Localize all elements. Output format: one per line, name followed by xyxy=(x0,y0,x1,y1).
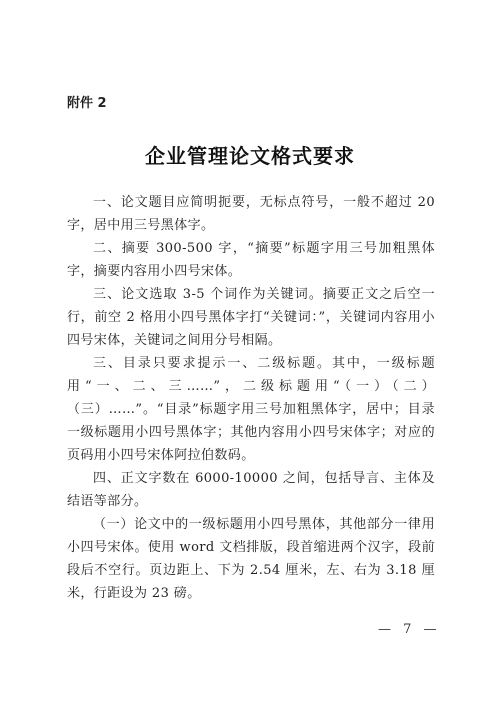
document-title: 企业管理论文格式要求 xyxy=(0,140,500,169)
paragraph-title-rule: 一、论文题目应简明扼要，无标点符号，一般不超过 20 字，居中用三号黑体字。 xyxy=(67,191,435,237)
paragraph-abstract-rule: 二、摘要 300-500 字，“摘要”标题字用三号加粗黑体字，摘要内容用小四号宋… xyxy=(67,237,435,283)
page-number: — 7 — xyxy=(378,622,441,637)
attachment-label: 附件 2 xyxy=(67,92,107,111)
document-body: 一、论文题目应简明扼要，无标点符号，一般不超过 20 字，居中用三号黑体字。 二… xyxy=(67,191,435,605)
paragraph-keywords-rule: 三、论文选取 3-5 个词作为关键词。摘要正文之后空一行，前空 2 格用小四号黑… xyxy=(67,283,435,352)
paragraph-toc-rule: 三、目录只要求提示一、二级标题。其中，一级标题用“一、二、三……”，二级标题用“… xyxy=(67,352,435,467)
paragraph-formatting-rule: （一）论文中的一级标题用小四号黑体，其他部分一律用小四号宋体。使用 word 文… xyxy=(67,513,435,605)
paragraph-wordcount-rule: 四、正文字数在 6000-10000 之间，包括导言、主体及结语等部分。 xyxy=(67,467,435,513)
